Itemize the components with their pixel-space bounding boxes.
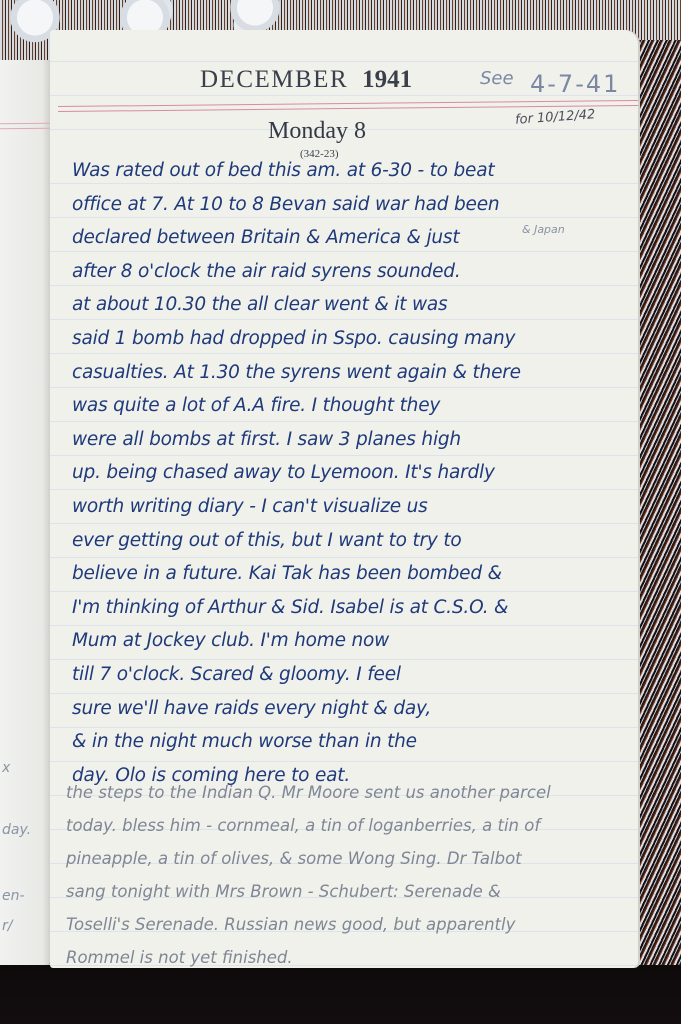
pencil-line: Toselli's Serenade. Russian news good, b… [66,908,631,941]
pencil-line: sang tonight with Mrs Brown - Schubert: … [66,875,631,908]
entry-line: office at 7. At 10 to 8 Bevan said war h… [72,188,627,222]
left-page-note: en- [2,888,25,904]
left-page-note: r/ [2,918,12,934]
pencil-line: pineapple, a tin of olives, & some Wong … [66,842,631,875]
page-month-heading: DECEMBER1941 [200,66,412,94]
entry-line: ever getting out of this, but I want to … [72,524,627,558]
diary-page: DECEMBER1941 See 4-7-41 for 10/12/42 Mon… [50,30,638,968]
year-label: 1941 [362,66,412,93]
ink-entry: Was rated out of bed this am. at 6-30 - … [72,154,627,792]
entry-line: casualties. At 1.30 the syrens went agai… [72,356,627,390]
left-page-note: x [2,760,10,776]
left-page-header-rule [0,123,50,130]
entry-line: Was rated out of bed this am. at 6-30 - … [72,154,627,188]
pencil-line: today. bless him - cornmeal, a tin of lo… [66,809,631,842]
entry-line: said 1 bomb had dropped in Sspo. causing… [72,322,627,356]
entry-line: worth writing diary - I can't visualize … [72,490,627,524]
entry-line: believe in a future. Kai Tak has been bo… [72,557,627,591]
pencil-entry: the steps to the Indian Q. Mr Moore sent… [66,776,631,974]
entry-line: I'm thinking of Arthur & Sid. Isabel is … [72,591,627,625]
entry-line: was quite a lot of A.A fire. I thought t… [72,389,627,423]
cross-reference-date: 4-7-41 [530,70,620,98]
entry-line: at about 10.30 the all clear went & it w… [72,288,627,322]
entry-line: Mum at Jockey club. I'm home now [72,624,627,658]
month-label: DECEMBER [200,66,348,93]
entry-line: up. being chased away to Lyemoon. It's h… [72,456,627,490]
tapestry-background-right [637,40,681,1024]
entry-line: till 7 o'clock. Scared & gloomy. I feel [72,658,627,692]
entry-line: & in the night much worse than in the [72,725,627,759]
entry-line: sure we'll have raids every night & day, [72,692,627,726]
left-diary-page: x day. en- r/ [0,60,51,965]
left-page-note: day. [2,822,31,838]
entry-line: after 8 o'clock the air raid syrens soun… [72,255,627,289]
day-title: Monday 8 [268,118,366,145]
entry-line: declared between Britain & America & jus… [72,221,627,255]
pencil-line: Rommel is not yet finished. [66,941,631,974]
cross-reference-label: See [480,68,514,89]
cross-reference-for: for 10/12/42 [515,107,596,128]
pencil-line: the steps to the Indian Q. Mr Moore sent… [66,776,631,809]
entry-line: were all bombs at first. I saw 3 planes … [72,423,627,457]
